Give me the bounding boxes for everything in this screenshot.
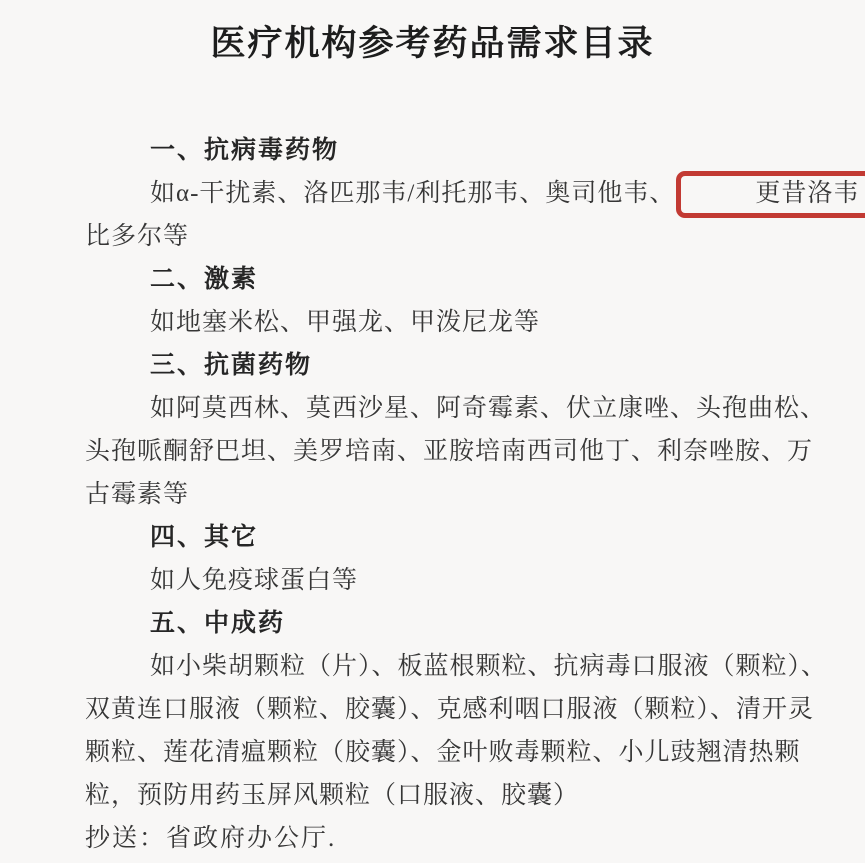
antiviral-body-line-1: 如α-干扰素、洛匹那韦/利托那韦、奥司他韦、更昔洛韦阿 xyxy=(85,172,810,215)
highlighted-drug-name: 更昔洛韦 xyxy=(755,180,859,207)
cpm-body-line-3: 颗粒、莲花清瘟颗粒（胶囊）、金叶败毒颗粒、小儿豉翘清热颗 xyxy=(85,731,810,774)
section-heading-chinese-patent-medicine: 五、中成药 xyxy=(85,602,810,645)
cpm-body-line-4: 粒，预防用药玉屏风颗粒（口服液、胶囊） xyxy=(85,774,810,817)
document-title: 医疗机构参考药品需求目录 xyxy=(0,0,865,66)
antiviral-text-before-highlight: 如α-干扰素、洛匹那韦/利托那韦、奥司他韦、 xyxy=(150,180,675,207)
antibacterial-body-line-3: 古霉素等 xyxy=(85,473,810,516)
document-content: 一、抗病毒药物 如α-干扰素、洛匹那韦/利托那韦、奥司他韦、更昔洛韦阿 比多尔等… xyxy=(85,129,810,860)
antibacterial-body-line-2: 头孢哌酮舒巴坦、美罗培南、亚胺培南西司他丁、利奈唑胺、万 xyxy=(85,430,810,473)
cpm-body-line-1: 如小柴胡颗粒（片）、板蓝根颗粒、抗病毒口服液（颗粒）、 xyxy=(85,645,810,688)
antiviral-body-line-2: 比多尔等 xyxy=(85,215,810,258)
cpm-body-line-2: 双黄连口服液（颗粒、胶囊）、克感利咽口服液（颗粒）、清开灵 xyxy=(85,688,810,731)
document-page: 医疗机构参考药品需求目录 一、抗病毒药物 如α-干扰素、洛匹那韦/利托那韦、奥司… xyxy=(0,0,865,863)
section-heading-antiviral: 一、抗病毒药物 xyxy=(85,129,810,172)
antibacterial-body-line-1: 如阿莫西林、莫西沙星、阿奇霉素、伏立康唑、头孢曲松、 xyxy=(85,387,810,430)
hormones-body-line-1: 如地塞米松、甲强龙、甲泼尼龙等 xyxy=(85,301,810,344)
section-heading-hormones: 二、激素 xyxy=(85,258,810,301)
cc-line: 抄送：省政府办公厅. xyxy=(85,817,810,860)
section-heading-others: 四、其它 xyxy=(85,516,810,559)
highlight-box: 更昔洛韦 xyxy=(676,171,865,218)
section-heading-antibacterial: 三、抗菌药物 xyxy=(85,344,810,387)
others-body-line-1: 如人免疫球蛋白等 xyxy=(85,559,810,602)
